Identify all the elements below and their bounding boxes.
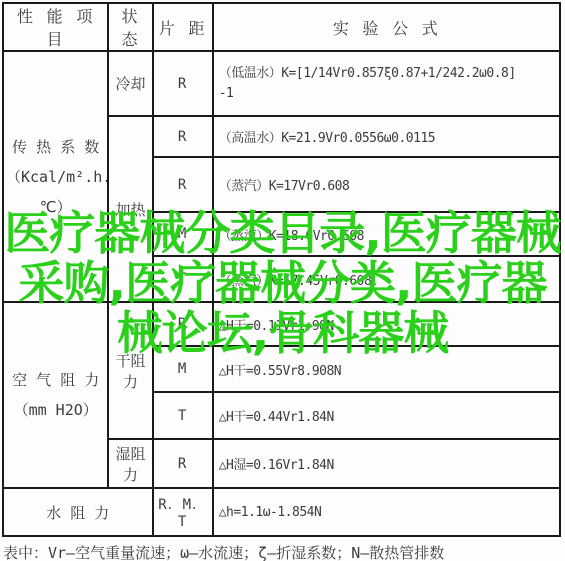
formula-cell-dry-m: △H干=0.55Vr8.908N	[213, 346, 560, 392]
scanned-spec-document: 性 能 项 目 状 态 片 距 实 验 公 式 传 热 系 数 （Kcal/m²…	[0, 2, 565, 561]
pitch-cell: M	[153, 212, 213, 256]
formula-cell-dry-r: △H干=0.11Vr1.98N	[213, 302, 560, 346]
pitch-cell: R	[153, 302, 213, 346]
state-wet-resistance: 湿阻力	[108, 439, 152, 488]
formula-cell-low-temp-water: （低温水）K=[1/14Vr0.857ξ0.87+1/242.2ω0.8] -1	[213, 51, 560, 116]
table-footnote: 表中：Vr—空气重量流速；ω—水流速；ζ—折湿系数；N—散热管排数	[3, 542, 565, 561]
table-row: 空 气 阻 力 （mm H2O） 干阻力 R △H干=0.11Vr1.98N	[3, 302, 560, 346]
formula-cell-wet-r: △H湿=0.16Vr1.84N	[213, 439, 560, 488]
col-header-performance-item: 性 能 项 目	[3, 3, 108, 51]
table-row: 传 热 系 数 （Kcal/m².h. ℃） 冷却 R （低温水）K=[1/14…	[3, 51, 560, 116]
state-dry-resistance: 干阻力	[108, 302, 152, 439]
formula-exponent-line: -1	[219, 84, 557, 104]
formula-cell-steam-m: （蒸汽）K=18.6Vr0.608	[213, 212, 560, 256]
group-label-line: 空 气 阻 力	[6, 365, 105, 395]
state-cooling: 冷却	[108, 51, 152, 116]
formula-cell-high-temp-water: （高温水）K=21.9Vr0.0556ω0.0115	[213, 116, 560, 157]
group-label-line: ℃）	[6, 192, 105, 222]
table-row: 水 阻 力 R．M．T △h=1.1ω-1.854N	[3, 488, 560, 536]
pitch-cell-rmt: R．M．T	[153, 488, 213, 536]
table-header-row: 性 能 项 目 状 态 片 距 实 验 公 式	[3, 3, 560, 51]
formula-cell-water: △h=1.1ω-1.854N	[213, 488, 560, 536]
pitch-cell: T	[153, 256, 213, 302]
formula-cell-steam-t: （蒸汽）K=17.45Vr0.608	[213, 256, 560, 302]
pitch-cell: T	[153, 392, 213, 439]
group-air-resistance: 空 气 阻 力 （mm H2O）	[3, 302, 108, 488]
formula-cell-steam-r: （蒸汽）K=17Vr0.608	[213, 157, 560, 212]
pitch-cell: R	[153, 439, 213, 488]
group-heat-transfer-coefficient: 传 热 系 数 （Kcal/m².h. ℃）	[3, 51, 108, 302]
pitch-cell: M	[153, 346, 213, 392]
formula-cell-dry-t: △H干=0.44Vr1.84N	[213, 392, 560, 439]
formula-line: （低温水）K=[1/14Vr0.857ξ0.87+1/242.2ω0.8]	[219, 64, 557, 84]
pitch-cell: R	[153, 116, 213, 157]
state-heating: 加热	[108, 116, 152, 302]
group-water-resistance: 水 阻 力	[3, 488, 153, 536]
col-header-experiment-formula: 实 验 公 式	[213, 3, 560, 51]
col-header-fin-pitch: 片 距	[153, 3, 213, 51]
pitch-cell: R	[153, 51, 213, 116]
group-label-line: （Kcal/m².h.	[6, 162, 105, 192]
pitch-cell: R	[153, 157, 213, 212]
performance-spec-table: 性 能 项 目 状 态 片 距 实 验 公 式 传 热 系 数 （Kcal/m²…	[2, 2, 561, 537]
group-label-line: （mm H2O）	[6, 395, 105, 425]
group-label-line: 传 热 系 数	[6, 132, 105, 162]
col-header-state: 状 态	[108, 3, 152, 51]
